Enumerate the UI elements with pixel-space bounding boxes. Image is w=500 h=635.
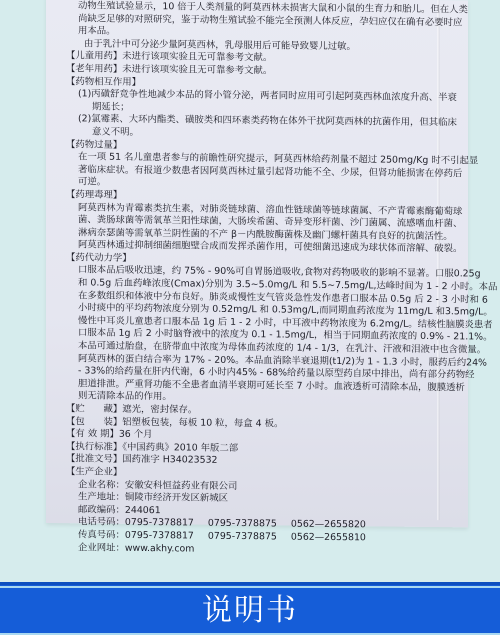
field-label: 邮政编码： — [78, 504, 125, 515]
field-label: 企业名称： — [78, 479, 125, 490]
phone-number: 0795-7378817 — [125, 517, 194, 529]
banner-line-top — [0, 586, 500, 588]
section-pharmacology: 【药理毒理】 阿莫西林为青霉素类抗生素，对肺炎链球菌、溶血性链球菌等链球菌属、不… — [66, 189, 446, 256]
field-label: 企业网址： — [78, 542, 125, 553]
section-text: 国药准字 H34023532 — [122, 454, 217, 466]
fax-number: 0795-7378817 — [125, 530, 194, 542]
company-website: www.akhy.com — [125, 542, 194, 554]
company-address: 铜陵市经济开发区新城区 — [125, 492, 228, 504]
banner-title: 说明书 — [0, 589, 500, 633]
section-text: 未进行该项实验且无可靠参考文献。 — [122, 64, 272, 77]
section-pharmacokinetics: 【药代动力学】 口服本品后吸收迅速，约 75% - 90%可自胃肠道吸收,食物对… — [66, 252, 446, 407]
section-text: 《中国药典》2010 年版二部 — [122, 442, 238, 454]
section-text: 36 个月 — [119, 429, 153, 440]
field-label: 传真号码： — [78, 529, 125, 540]
section-overdose: 【药物过量】 在一项 51 名儿童患者参与的前瞻性研究提示，阿莫西林给药剂量不超… — [66, 139, 446, 193]
website-row: 企业网址：www.akhy.com — [66, 542, 446, 559]
leaflet-paper: 【孕妇及哺乳期妇女用药】 动物生殖试验显示，10 倍于人类剂量的阿莫西林未损害大… — [46, 0, 468, 527]
field-label: 生产地址： — [78, 491, 125, 502]
section-heading: 【儿童用药】 — [66, 51, 122, 63]
section-heading: 【有 效 期】 — [66, 428, 119, 440]
fax-number: 0562—2655810 — [291, 532, 366, 544]
section-heading: 【老年用药】 — [66, 63, 122, 75]
zip-code: 244061 — [125, 505, 161, 516]
phone-number: 0562—2655820 — [291, 519, 366, 531]
phone-number: 0795-7378875 — [208, 518, 277, 530]
leaflet-content: 【孕妇及哺乳期妇女用药】 动物生殖试验显示，10 倍于人类剂量的阿莫西林未损害大… — [66, 0, 446, 558]
section-manufacturer: 【生产企业】 企业名称：安徽安科恒益药业有限公司 生产地址：铜陵市经济开发区新城… — [66, 466, 446, 558]
company-name: 安徽安科恒益药业有限公司 — [125, 479, 238, 491]
section-heading: 【执行标准】 — [66, 441, 122, 453]
field-label: 电话号码： — [78, 517, 125, 528]
section-pregnancy: 【孕妇及哺乳期妇女用药】 动物生殖试验显示，10 倍于人类剂量的阿莫西林未损害大… — [66, 0, 446, 55]
section-text: 铝塑板包装，每板 10 粒，每盒 4 板。 — [122, 416, 283, 429]
section-text: 遮光，密封保存。 — [122, 404, 197, 416]
section-heading: 【批准文号】 — [66, 454, 122, 466]
fax-number: 0795-7378875 — [208, 531, 277, 543]
section-text: 未进行该项实验且无可靠参考文献。 — [122, 51, 272, 64]
section-interactions: 【药物相互作用】 (1)丙磺舒竞争性地减少本品的肾小管分泌，两者同时应用可引起阿… — [66, 76, 446, 143]
section-heading: 【贮 藏】 — [66, 403, 122, 415]
section-heading: 【包 装】 — [66, 416, 122, 428]
title-banner: 说明书 — [0, 582, 500, 635]
